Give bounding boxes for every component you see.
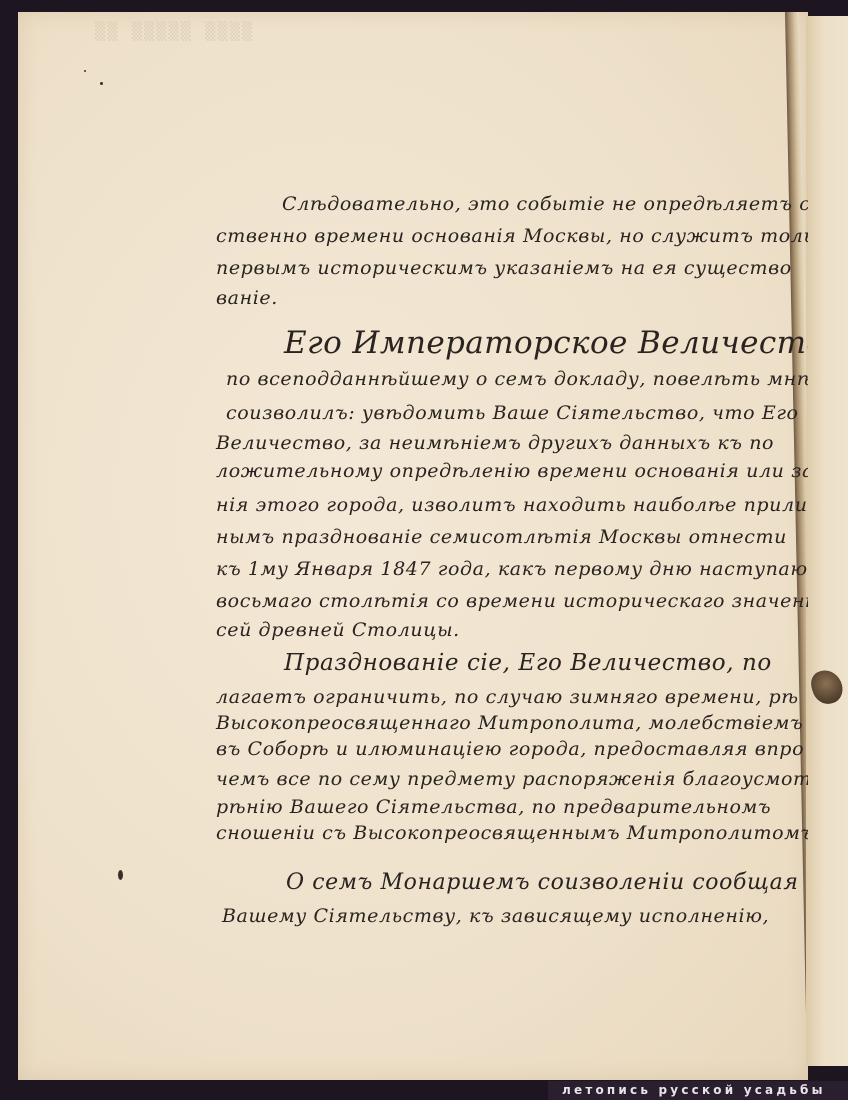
- text-line: восьмаго столѣтія со времени историческа…: [216, 590, 808, 612]
- text-line: въ Соборѣ и илюминаціею города, предоста…: [216, 738, 804, 760]
- text-line: нія этого города, изволитъ находить наиб…: [216, 494, 808, 516]
- heading-line-emphasis: Его Императорское Величество: [284, 325, 808, 361]
- text-line: лагаетъ ограничить, по случаю зимняго вр…: [216, 686, 799, 708]
- text-line: Вашему Сіятельству, къ зависящему исполн…: [222, 905, 769, 927]
- text-line: по всеподданнѣйшему о семъ докладу, пове…: [226, 368, 808, 390]
- text-line: Высокопреосвященнаго Митрополита, молебс…: [216, 712, 803, 734]
- text-line: сношеніи съ Высокопреосвященнымъ Митропо…: [216, 822, 808, 844]
- adjacent-page-edge: [806, 16, 848, 1066]
- text-line: рѣнію Вашего Сіятельства, по предварител…: [216, 796, 771, 818]
- text-line-emphasis: Празднованіе сіе, Его Величество, по: [284, 650, 772, 676]
- document-text: Слѣдовательно, это событіе не опредѣляет…: [0, 0, 808, 1100]
- text-line: нымъ празднованіе семисотлѣтія Москвы от…: [216, 526, 787, 548]
- watermark-footer: летопись русской усадьбы: [548, 1081, 848, 1100]
- text-line: ложительному опредѣленію времени основан…: [216, 460, 808, 482]
- text-line: чемъ все по сему предмету распоряженія б…: [216, 768, 808, 790]
- text-line: Слѣдовательно, это событіе не опредѣляет…: [282, 193, 808, 215]
- text-line: къ 1му Января 1847 года, какъ первому дн…: [216, 558, 808, 580]
- text-line: сей древней Столицы.: [216, 619, 460, 641]
- text-line: соизволилъ: увѣдомить Ваше Сіятельство, …: [226, 402, 799, 424]
- text-line-emphasis: О семъ Монаршемъ соизволеніи сообщая: [286, 870, 799, 895]
- text-line: Величество, за неимѣніемъ другихъ данных…: [216, 432, 774, 454]
- text-line: первымъ историческимъ указаніемъ на ея с…: [216, 257, 792, 279]
- text-line: ственно времени основанія Москвы, но слу…: [216, 225, 808, 247]
- text-line: ваніе.: [216, 287, 278, 309]
